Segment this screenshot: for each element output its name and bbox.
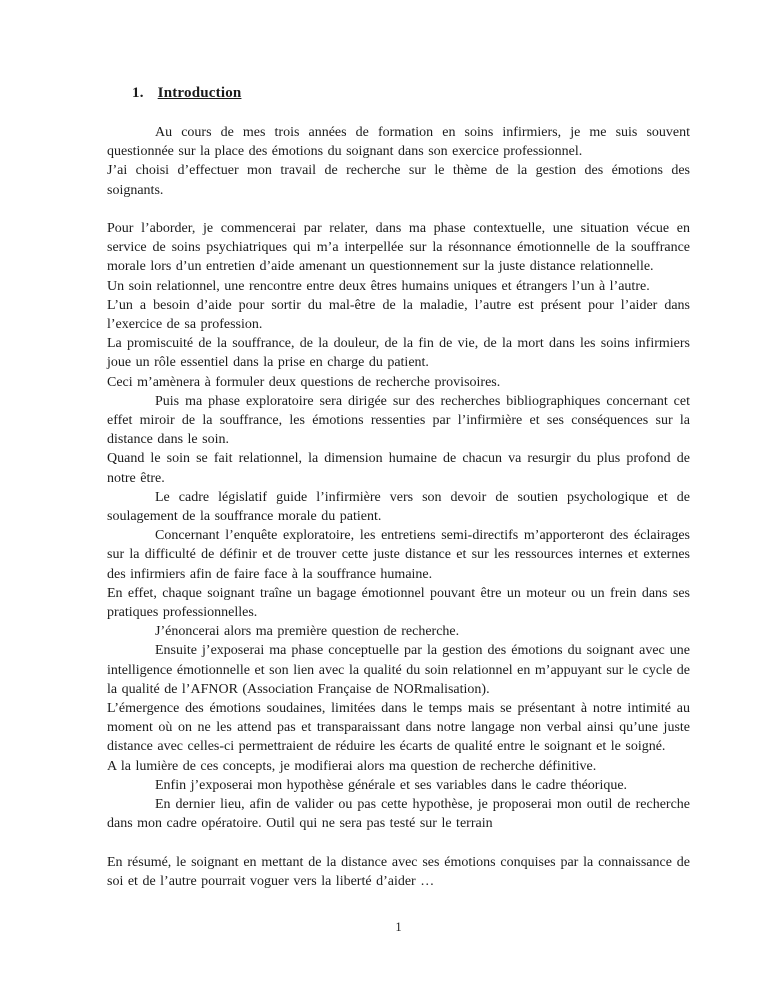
paragraph: Le cadre législatif guide l’infirmière v…: [107, 488, 690, 526]
paragraph: Ceci m’amènera à formuler deux questions…: [107, 373, 690, 392]
paragraph: Au cours de mes trois années de formatio…: [107, 123, 690, 161]
paragraph: Un soin relationnel, une rencontre entre…: [107, 277, 690, 296]
paragraph: J’énoncerai alors ma première question d…: [107, 622, 690, 641]
paragraph: A la lumière de ces concepts, je modifie…: [107, 757, 690, 776]
paragraph: Puis ma phase exploratoire sera dirigée …: [107, 392, 690, 450]
document-page: 1.Introduction Au cours de mes trois ann…: [0, 0, 768, 994]
section-number: 1.: [132, 85, 144, 101]
paragraph: La promiscuité de la souffrance, de la d…: [107, 334, 690, 372]
page-number: 1: [107, 920, 690, 935]
paragraph: Pour l’aborder, je commencerai par relat…: [107, 219, 690, 277]
paragraph: En dernier lieu, afin de valider ou pas …: [107, 795, 690, 833]
paragraph: Enfin j’exposerai mon hypothèse générale…: [107, 776, 690, 795]
paragraph: Concernant l’enquête exploratoire, les e…: [107, 526, 690, 584]
section-title: Introduction: [158, 85, 242, 101]
paragraph: En effet, chaque soignant traîne un baga…: [107, 584, 690, 622]
document-content: 1.Introduction Au cours de mes trois ann…: [107, 84, 690, 891]
paragraph: En résumé, le soignant en mettant de la …: [107, 853, 690, 891]
paragraph: Ensuite j’exposerai ma phase conceptuell…: [107, 641, 690, 699]
paragraph: Quand le soin se fait relationnel, la di…: [107, 449, 690, 487]
section-heading: 1.Introduction: [132, 84, 690, 103]
paragraph: J’ai choisi d’effectuer mon travail de r…: [107, 161, 690, 199]
paragraph: L’émergence des émotions soudaines, limi…: [107, 699, 690, 757]
paragraph: L’un a besoin d’aide pour sortir du mal-…: [107, 296, 690, 334]
